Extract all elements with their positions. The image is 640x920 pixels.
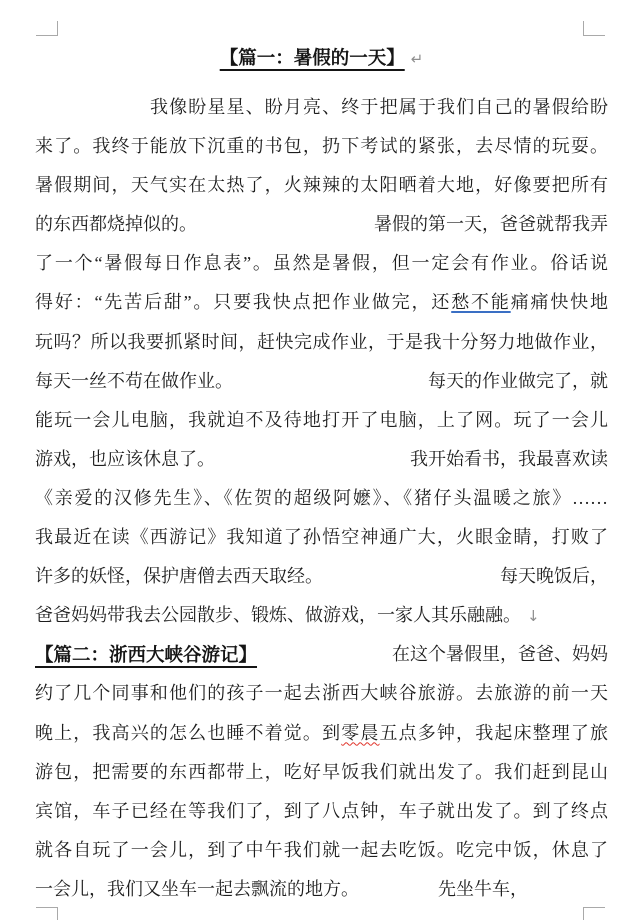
text-line[interactable]: 游戏，也应该休息了。 我开始看书，我最喜欢读 — [35, 440, 608, 479]
text-segment: 晚上，我高兴的怎么也睡不着觉。到 — [35, 723, 341, 743]
text-segment: 爸爸妈妈带我去公园散步、锻炼、做游戏，一家人其乐融融。 — [35, 605, 521, 625]
text-segment: 游戏，也应该休息了。 — [35, 440, 215, 479]
document-page[interactable]: 【篇一：暑假的一天】↵ 我像盼星星、盼月亮、终于把属于我们自己的暑假给盼 来了。… — [0, 0, 640, 920]
text-line[interactable]: 暑假期间，天气实在太热了，火辣辣的太阳晒着大地，好像要把所有 — [35, 166, 608, 205]
essay2-title[interactable]: 【篇二：浙西大峡谷游记】 — [35, 635, 257, 674]
text-segment: 许多的妖怪，保护唐僧去西天取经。 — [35, 557, 323, 596]
text-segment: 在这个暑假里，爸爸、妈妈 — [392, 635, 608, 674]
text-line[interactable]: 许多的妖怪，保护唐僧去西天取经。 每天晚饭后， — [35, 557, 608, 596]
text-line[interactable]: 能玩一会儿电脑，我就迫不及待地打开了电脑，上了网。玩了一会儿 — [35, 401, 608, 440]
text-line[interactable]: 玩吗？所以我要抓紧时间，赶快完成作业，于是我十分努力地做作业， — [35, 323, 608, 362]
text-line[interactable]: 晚上，我高兴的怎么也睡不着觉。到零晨五点多钟，我起床整理了旅 — [35, 714, 608, 753]
text-segment: 每天的作业做完了，就 — [428, 362, 608, 401]
corner-mark-top-left — [36, 21, 58, 36]
spellcheck-underlined-text: 零晨 — [341, 723, 379, 743]
text-line[interactable]: 我最近在读《西游记》我知道了孙悟空神通广大，火眼金睛，打败了 — [35, 518, 608, 557]
text-line[interactable]: 的东西都烧掉似的。 暑假的第一天，爸爸就帮我弄 — [35, 205, 608, 244]
essay1-title[interactable]: 【篇一：暑假的一天】 — [220, 47, 405, 68]
text-line[interactable]: 来了。我终于能放下沉重的书包，扔下考试的紧张，去尽情的玩耍。 — [35, 127, 608, 166]
text-line[interactable]: 宾馆，车子已经在等我们了，到了八点钟，车子就出发了。到了终点 — [35, 792, 608, 831]
text-line[interactable]: 《亲爱的汉修先生》、《佐贺的超级阿嬷》、《猪仔头温暖之旅》…… — [35, 479, 608, 518]
text-line[interactable]: 得好：“先苦后甜”。只要我快点把作业做完，还愁不能痛痛快快地 — [35, 283, 608, 322]
text-line[interactable]: 一会儿，我们又坐车一起去飘流的地方。 先坐牛车， — [35, 870, 608, 909]
text-segment: 痛痛快快地 — [511, 292, 608, 312]
paragraph-return-icon: ↵ — [411, 50, 424, 68]
text-line[interactable]: 每天一丝不苟在做作业。 每天的作业做完了，就 — [35, 362, 608, 401]
text-line[interactable]: 就各自玩了一会儿，到了中午我们就一起去吃饭。吃完中饭，休息了 — [35, 831, 608, 870]
text-segment: 五点多钟，我起床整理了旅 — [380, 723, 609, 743]
text-segment: 我开始看书，我最喜欢读 — [410, 440, 608, 479]
text-line[interactable]: 游包，把需要的东西都带上，吃好早饭我们就出发了。我们赶到昆山 — [35, 753, 608, 792]
text-line[interactable]: 我像盼星星、盼月亮、终于把属于我们自己的暑假给盼 — [35, 88, 608, 127]
text-line[interactable]: 爸爸妈妈带我去公园散步、锻炼、做游戏，一家人其乐融融。↓ — [35, 596, 608, 635]
text-segment: 得好：“先苦后甜”。只要我快点把作业做完，还 — [35, 292, 451, 312]
corner-mark-top-right — [583, 21, 605, 36]
document-body[interactable]: 【篇一：暑假的一天】↵ 我像盼星星、盼月亮、终于把属于我们自己的暑假给盼 来了。… — [35, 36, 608, 909]
text-line[interactable]: 了一个“暑假每日作息表”。虽然是暑假，但一定会有作业。俗话说 — [35, 244, 608, 283]
text-line[interactable]: 【篇二：浙西大峡谷游记】 在这个暑假里，爸爸、妈妈 — [35, 635, 608, 674]
text-segment: 暑假的第一天，爸爸就帮我弄 — [374, 205, 608, 244]
line-break-icon: ↓ — [527, 607, 540, 625]
grammar-underlined-text: 愁不能 — [451, 292, 510, 312]
text-segment: 每天晚饭后， — [500, 557, 608, 596]
text-segment: 先坐牛车， — [438, 870, 528, 909]
text-segment: 的东西都烧掉似的。 — [35, 205, 197, 244]
text-segment: 每天一丝不苟在做作业。 — [35, 362, 233, 401]
text-segment: 一会儿，我们又坐车一起去飘流的地方。 — [35, 870, 359, 909]
essay1-heading: 【篇一：暑假的一天】↵ — [35, 36, 608, 88]
text-line[interactable]: 约了几个同事和他们的孩子一起去浙西大峡谷旅游。去旅游的前一天 — [35, 674, 608, 713]
